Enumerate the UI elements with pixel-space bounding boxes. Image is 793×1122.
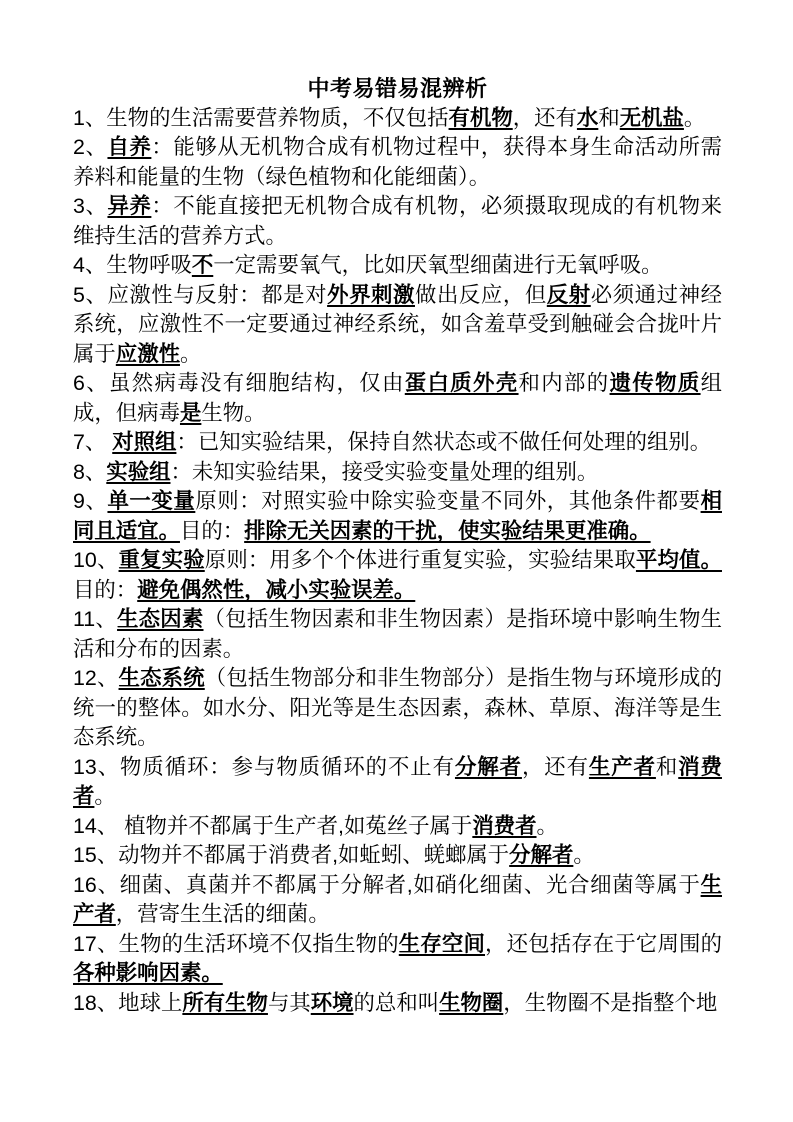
list-item-8: 8、实验组：未知实验结果，接受实验变量处理的组别。 [73, 458, 722, 488]
key-term: 消费者 [472, 814, 536, 838]
text-run: 5、应激性与反射：都是对 [73, 283, 327, 307]
list-item-3: 3、异养：不能直接把无机物合成有机物，必须摄取现成的有机物来维持生活的营养方式。 [73, 192, 722, 251]
key-term: 分解者 [455, 755, 522, 779]
text-run: 13、物质循环：参与物质循环的不止有 [73, 755, 455, 779]
document-body: 1、生物的生活需要营养物质，不仅包括有机物，还有水和无机盐。2、自养：能够从无机… [73, 104, 722, 1019]
text-run: 11、 [73, 607, 117, 631]
key-term: 生产者 [589, 755, 656, 779]
key-term: 自养 [107, 135, 151, 159]
text-run: 2、 [73, 135, 107, 159]
text-run: 8、 [73, 460, 106, 484]
text-run: ，还有 [522, 755, 589, 779]
key-term: 生态因素 [117, 607, 203, 631]
text-run: 目的： [180, 519, 244, 543]
key-term: 蛋白质外壳 [405, 371, 519, 395]
key-term: 重复实验 [119, 548, 205, 572]
key-term: 不 [192, 253, 213, 277]
text-run: 7、 [73, 430, 112, 454]
key-term: 遗传物质 [610, 371, 701, 395]
key-term: 生物圈 [439, 991, 503, 1015]
key-term: 所有生物 [182, 991, 268, 1015]
text-run: 。 [684, 106, 705, 130]
key-term: 外界刺激 [327, 283, 415, 307]
key-term: 实验组 [106, 460, 170, 484]
list-item-13: 13、物质循环：参与物质循环的不止有分解者，还有生产者和消费者。 [73, 753, 722, 812]
key-term: 生态系统 [119, 666, 205, 690]
text-run: 17、生物的生活环境不仅指生物的 [73, 932, 399, 956]
key-term: 平均值。 [636, 548, 722, 572]
text-run: 18、地球上 [73, 991, 182, 1015]
list-item-11: 11、生态因素（包括生物因素和非生物因素）是指环境中影响生物生活和分布的因素。 [73, 605, 722, 664]
text-run: 。 [537, 814, 558, 838]
text-run: 一定需要氧气，比如厌氧型细菌进行无氧呼吸。 [213, 253, 662, 277]
key-term: 有机物 [449, 106, 513, 130]
text-run: 9、 [73, 489, 107, 513]
list-item-10: 10、重复实验原则：用多个个体进行重复实验，实验结果取平均值。目的：避免偶然性，… [73, 546, 722, 605]
list-item-1: 1、生物的生活需要营养物质，不仅包括有机物，还有水和无机盐。 [73, 104, 722, 134]
list-item-9: 9、单一变量原则：对照实验中除实验变量不同外，其他条件都要相同且适宜。目的：排除… [73, 487, 722, 546]
key-term: 是 [180, 401, 201, 425]
list-item-6: 6、虽然病毒没有细胞结构，仅由蛋白质外壳和内部的遗传物质组成，但病毒是生物。 [73, 369, 722, 428]
key-term: 反射 [547, 283, 591, 307]
text-run: 。 [94, 784, 115, 808]
text-run: 。 [573, 843, 594, 867]
text-run: ，还包括存在于它周围的 [485, 932, 722, 956]
text-run: 12、 [73, 666, 119, 690]
key-term: 无机盐 [620, 106, 684, 130]
text-run: 16、细菌、真菌并不都属于分解者,如硝化细菌、光合细菌等属于 [73, 873, 701, 897]
list-item-5: 5、应激性与反射：都是对外界刺激做出反应，但反射必须通过神经系统，应激性不一定要… [73, 281, 722, 370]
text-run: 14、 植物并不都属于生产者,如菟丝子属于 [73, 814, 472, 838]
key-term: 生存空间 [399, 932, 485, 956]
text-run: ：能够从无机物合成有机物过程中，获得本身生命活动所需养料和能量的生物（绿色植物和… [73, 135, 722, 189]
text-run: ，还有 [513, 106, 577, 130]
text-run: 生物。 [201, 401, 265, 425]
text-run: 与其 [268, 991, 311, 1015]
text-run: 的总和叫 [354, 991, 440, 1015]
text-run: ，生物圈不是指整个地 [503, 991, 717, 1015]
document-page: 中考易错易混辨析 1、生物的生活需要营养物质，不仅包括有机物，还有水和无机盐。2… [0, 0, 793, 1122]
list-item-4: 4、生物呼吸不一定需要氧气，比如厌氧型细菌进行无氧呼吸。 [73, 251, 722, 281]
text-run: 目的： [73, 578, 137, 602]
list-item-7: 7、 对照组：已知实验结果，保持自然状态或不做任何处理的组别。 [73, 428, 722, 458]
text-run: ，营寄生生活的细菌。 [116, 902, 330, 926]
text-run: 原则：用多个个体进行重复实验，实验结果取 [205, 548, 636, 572]
list-item-16: 16、细菌、真菌并不都属于分解者,如硝化细菌、光合细菌等属于生产者，营寄生生活的… [73, 871, 722, 930]
text-run: ：未知实验结果，接受实验变量处理的组别。 [170, 460, 598, 484]
list-item-15: 15、动物并不都属于消费者,如蚯蚓、蜣螂属于分解者。 [73, 841, 722, 871]
text-run: 4、生物呼吸 [73, 253, 192, 277]
text-run: 和内部的 [519, 371, 610, 395]
list-item-2: 2、自养：能够从无机物合成有机物过程中，获得本身生命活动所需养料和能量的生物（绿… [73, 133, 722, 192]
text-run: 和 [598, 106, 619, 130]
key-term: 对照组 [112, 430, 176, 454]
text-run: 3、 [73, 194, 107, 218]
key-term: 排除无关因素的干扰，使实验结果更准确。 [244, 519, 650, 543]
text-run: ：已知实验结果，保持自然状态或不做任何处理的组别。 [176, 430, 711, 454]
list-item-12: 12、生态系统（包括生物部分和非生物部分）是指生物与环境形成的统一的整体。如水分… [73, 664, 722, 753]
key-term: 各种影响因素。 [73, 961, 223, 985]
text-run: 6、虽然病毒没有细胞结构，仅由 [73, 371, 405, 395]
page-title: 中考易错易混辨析 [73, 74, 722, 104]
key-term: 分解者 [509, 843, 573, 867]
list-item-17: 17、生物的生活环境不仅指生物的生存空间，还包括存在于它周围的各种影响因素。 [73, 930, 722, 989]
text-run: 15、动物并不都属于消费者,如蚯蚓、蜣螂属于 [73, 843, 509, 867]
key-term: 避免偶然性，减小实验误差。 [137, 578, 415, 602]
key-term: 异养 [107, 194, 151, 218]
text-run: 10、 [73, 548, 119, 572]
text-run: ：不能直接把无机物合成有机物，必须摄取现成的有机物来维持生活的营养方式。 [73, 194, 722, 248]
text-run: 和 [656, 755, 678, 779]
list-item-14: 14、 植物并不都属于生产者,如菟丝子属于消费者。 [73, 812, 722, 842]
list-item-18: 18、地球上所有生物与其环境的总和叫生物圈，生物圈不是指整个地 [73, 989, 722, 1019]
text-run: 。 [180, 342, 201, 366]
key-term: 应激性 [116, 342, 180, 366]
text-run: 1、生物的生活需要营养物质，不仅包括 [73, 106, 449, 130]
key-term: 单一变量 [107, 489, 195, 513]
text-run: 做出反应，但 [415, 283, 547, 307]
key-term: 水 [577, 106, 598, 130]
text-run: 原则：对照实验中除实验变量不同外，其他条件都要 [195, 489, 700, 513]
key-term: 环境 [311, 991, 354, 1015]
